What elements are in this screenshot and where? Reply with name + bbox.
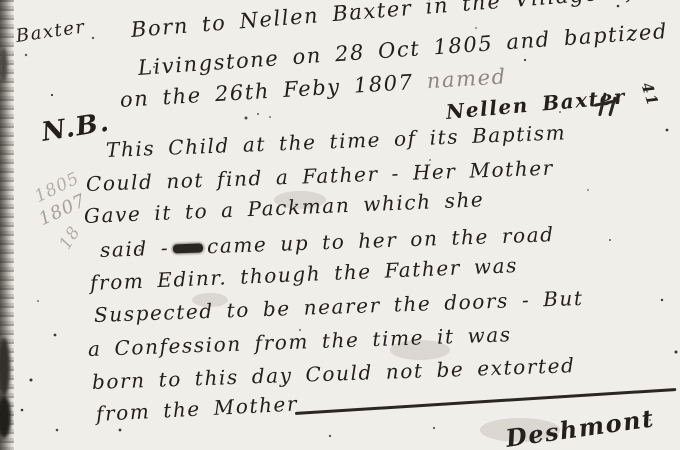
corner-mark: 41 (637, 80, 662, 109)
partial-signature-next-entry: Deshmont (504, 403, 656, 450)
ink-blot-strikeout (173, 243, 203, 253)
note-line: This Child at the time of its Baptism (106, 120, 567, 162)
edge-ink-blob (0, 48, 7, 82)
note-line: a Confession from the time it was (88, 322, 512, 361)
scanned-register-page: 1805 1807 18 Baxter Born to Nellen Baxte… (0, 0, 680, 450)
note-line-part: said - (100, 236, 170, 262)
entry-line-faint-word: named (426, 64, 507, 93)
nota-bene-label: N.B. (40, 107, 112, 147)
pencil-number-mark: 18 (56, 223, 85, 254)
note-line: Suspected to be nearer the doors - But (94, 286, 584, 327)
note-line: from the Mother (95, 391, 298, 426)
margin-surname: Baxter (15, 16, 87, 47)
note-line: born to this day Could not be extorted (92, 353, 576, 394)
